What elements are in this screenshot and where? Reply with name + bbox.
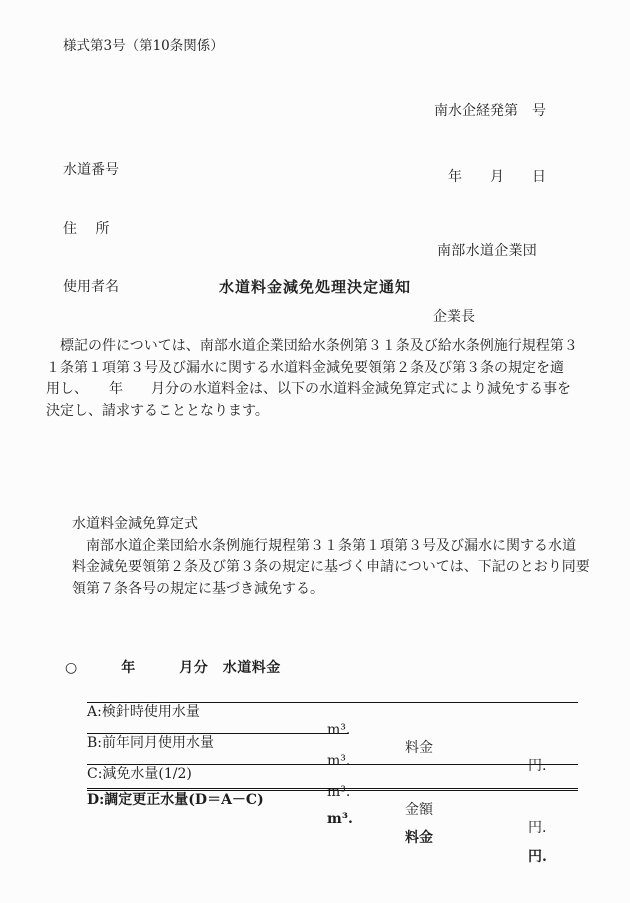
row-d-fee-label: 料金: [405, 829, 433, 848]
calc-line: 南部水道企業団給水条例施行規程第３１条第１項第３号及び漏水に関する水道: [72, 536, 590, 558]
row-d-unit: m³.: [327, 810, 353, 829]
table-row-a: A:検針時使用水量 m³. 料金 円.: [87, 685, 578, 703]
table-row-d: D:調定更正水量(D＝A－C) m³. 料金 円.: [87, 772, 578, 791]
calc-line: 領第７条各号の規定に基づき減免する。: [72, 579, 590, 601]
body-line: 用し、 年 月分の水道料金は、以下の水道料金減免算定式により減免する事を: [46, 379, 578, 401]
table-row-c: C:減免水量(1/2) m³. 金額 円.: [87, 747, 578, 765]
document-title: 水道料金減免処理決定通知: [0, 277, 630, 297]
body-paragraph: 標記の件については、南部水道企業団給水条例第３１条及び給水条例施行規程第３ １条…: [46, 336, 578, 423]
reference-number: 南水企経発第 号: [434, 100, 546, 122]
sender-organization: 南部水道企業団: [433, 240, 537, 262]
body-line: １条第１項第３号及び漏水に関する水道料金減免要領第２条及び第３条の規定を適: [46, 358, 578, 380]
document-page: 様式第3号（第10条関係） 南水企経発第 号 年 月 日 水道番号 住 所 使用…: [0, 0, 630, 903]
row-d-yen-label: 円.: [528, 848, 547, 867]
body-line: 標記の件については、南部水道企業団給水条例第３１条及び給水条例施行規程第３: [46, 336, 578, 358]
calc-line: 料金減免要領第２条及び第３条の規定に基づく申請については、下記のとおり同要: [72, 557, 590, 579]
row-c-yen-label: 円.: [528, 819, 546, 837]
date-line: 年 月 日: [434, 166, 546, 188]
calc-formula-section: 水道料金減免算定式 南部水道企業団給水条例施行規程第３１条第１項第３号及び漏水に…: [72, 514, 590, 601]
form-number: 様式第3号（第10条関係）: [63, 37, 224, 55]
sender-title: 企業長: [433, 306, 537, 328]
water-number-label: 水道番号: [63, 161, 119, 181]
calc-section-heading: 水道料金減免算定式: [72, 514, 590, 536]
body-line: 決定し、請求することとなります。: [46, 401, 578, 423]
table-header-line: ○ 年 月分 水道料金: [65, 659, 281, 677]
recipient-block: 水道番号 住 所 使用者名: [63, 122, 119, 337]
table-row-b: B:前年同月使用水量 m³.: [87, 716, 348, 734]
address-label: 住 所: [63, 220, 119, 240]
row-c-fee-label: 金額: [405, 801, 433, 819]
row-d-label: D:調定更正水量(D＝A－C): [87, 791, 264, 810]
